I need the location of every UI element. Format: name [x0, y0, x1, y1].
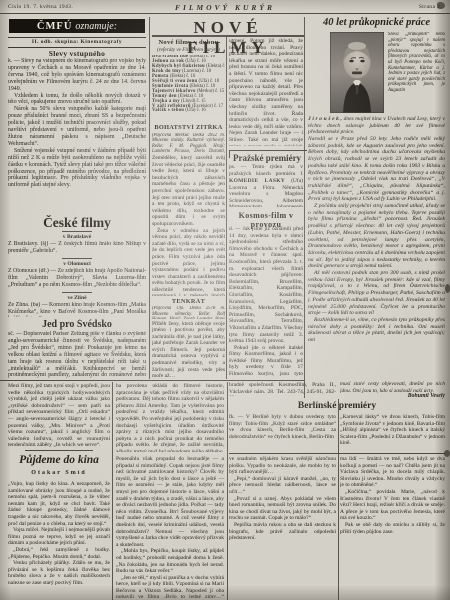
- feature-author: Otakar Šmíd: [8, 470, 110, 476]
- cmfu-abbr: ČMFÚ: [37, 21, 73, 32]
- portrait-photo: [330, 32, 384, 113]
- subheading-olomouc: v Olomouci: [8, 261, 146, 267]
- news-zlin: Ze Zlína. (ba) — Komorní kino hraje Kosm…: [8, 302, 146, 317]
- heading-berlinske-premiery: Berlínské premiéry: [229, 401, 445, 411]
- feature-col2: Ponenáhlu však propadal do beznaděje — a…: [116, 456, 224, 598]
- review-body-bohatstvi: Zemědělec, který zasvětil svůj život věd…: [152, 155, 225, 296]
- scan-smudge: [445, 284, 450, 293]
- subheading-note: (referáty ve Filmovém kurýru): [152, 47, 225, 53]
- ornament-rule: [62, 258, 92, 259]
- heading-40-let: 40 let průkopnické práce: [308, 17, 445, 28]
- pioneer-side-text: Slova „průkopník“ nebo „pionýr“ spojují …: [388, 32, 445, 114]
- review-credits: (Půjčovna Merkur. Délka 2052 m. Mluveno …: [152, 133, 225, 154]
- masthead-title: FILMOVÝ KURÝR: [140, 3, 310, 12]
- prague-film-entry: KOMEDIE LÁSKY (Ufa) Lucerna a Flóra. Něm…: [229, 178, 303, 207]
- column-rule: [149, 17, 150, 379]
- pioneer-signature: Bohumil Veselý: [340, 393, 445, 399]
- column-rule: [304, 17, 305, 398]
- heading-jed-pro-svedsko: Jed pro Švédsko: [8, 319, 146, 330]
- section-rule: [229, 453, 445, 454]
- column-rule: [227, 382, 228, 600]
- pioneer-body: Narodil se v Praze před 50 lety. Jeho ro…: [308, 136, 445, 379]
- cmfu-suffix: oznamuje:: [75, 21, 117, 32]
- masthead-rule: [0, 13, 450, 14]
- subheading-zlin: ve Zlíně: [8, 295, 146, 301]
- review-continuation: utrpení. Potom již shledá, že nemá dlouh…: [229, 38, 303, 146]
- heading-pujdeme-do-kina: Půjdeme do kina: [8, 454, 110, 466]
- feature-col4: ma lidí — šmátrá ve tmě, nebo když se dv…: [340, 456, 445, 598]
- review-title-tenkrat: TENKRÁT: [152, 298, 225, 305]
- review-title-bohatstvi-zitrka: BOHATSTVÍ ZÍTŘKA: [152, 124, 225, 131]
- prague-intro: ps. — Tento týden má v pražských kinech …: [229, 164, 303, 177]
- pen-mark: [437, 2, 445, 9]
- column-rule: [226, 36, 227, 379]
- subheading-nove-filmy-v-dubnu: Nové filmy v dubnu: [152, 39, 225, 46]
- heading-prazske-premiery: Pražské premiéry: [229, 150, 307, 163]
- article-slevy-body: k. — Slevy na vstupném do kinematografů …: [8, 58, 146, 213]
- newspaper-page: Číslo 19. 7. května 1943. FILMOVÝ KURÝR …: [0, 0, 450, 600]
- review-body-tenkrat: Příběh ženy, která obětuje svoje jméno i…: [152, 321, 225, 379]
- cmfu-department-line: II. odb. skupina: Kinematografy: [8, 37, 146, 48]
- subheading-bratislava: v Bratislavě: [8, 234, 146, 240]
- heading-slevy-vstupneho: Slevy vstupného: [8, 49, 146, 58]
- berlin-col-a: fk. — V Berlíně byly v dubnu uvedeny tyt…: [229, 414, 336, 450]
- article-jed-body: sč. — Dopisovatel Pariser Zeitung píše v…: [8, 331, 146, 378]
- heading-ceske-filmy: České filmy: [8, 215, 146, 231]
- review-continuation-2: ba povolena ukládá do filmové historie, …: [116, 383, 224, 452]
- headline-rule: [152, 35, 304, 37]
- ornament-rule: [62, 231, 92, 232]
- column-rule: [338, 399, 339, 600]
- jed-continuation: Mezi filmy, jež tam nyní stojí v popředí…: [8, 383, 110, 447]
- section-rule: [0, 380, 305, 381]
- feature-col1: „Vojto, kup lístky do kina. A nezapomeň,…: [8, 481, 110, 598]
- kosmos-tail: hradně společnosti Kosmosfilm, Praha II.…: [229, 382, 336, 396]
- scan-smudge: [444, 450, 450, 457]
- berlin-col-b: „Karneval lásky“ ve dvou kinech, Tobis-f…: [340, 414, 445, 450]
- pioneer-name: J i r o u š e k ,: [308, 116, 342, 122]
- review-credits: (Půjčovna Ufa. Délka 2578 m. Mluveno něm…: [152, 306, 225, 319]
- feature-col3: ve snadném nějakém krasu světější náročn…: [229, 456, 336, 598]
- news-olomouc: Z Olomouce (dř.) — Ze zdejších kin hrají…: [8, 268, 146, 290]
- april-film-list: Dva šťastní lidé (Elekta) č. 16Jednou za…: [152, 55, 225, 115]
- pioneer-lead: J i r o u š e k , dnes majitel kina v Úv…: [308, 116, 445, 134]
- cmfu-announcement-box: ČMFÚ oznamuje:: [8, 18, 146, 34]
- ornament-rule: [25, 450, 93, 451]
- prague-film-title: KOMEDIE LÁSKY: [229, 178, 285, 184]
- masthead-page-number: Strana 2.: [372, 4, 442, 10]
- ornament-rule: [62, 292, 92, 293]
- news-bratislava: Z Bratislavy. (šj) — Z českých filmů hrá…: [8, 241, 146, 256]
- column-rule: [112, 382, 113, 600]
- article-kosmos-body: d. — Jak jsme již oznámili před 14 dny, …: [229, 226, 303, 378]
- masthead-issue-date: Číslo 19. 7. května 1943.: [8, 4, 138, 10]
